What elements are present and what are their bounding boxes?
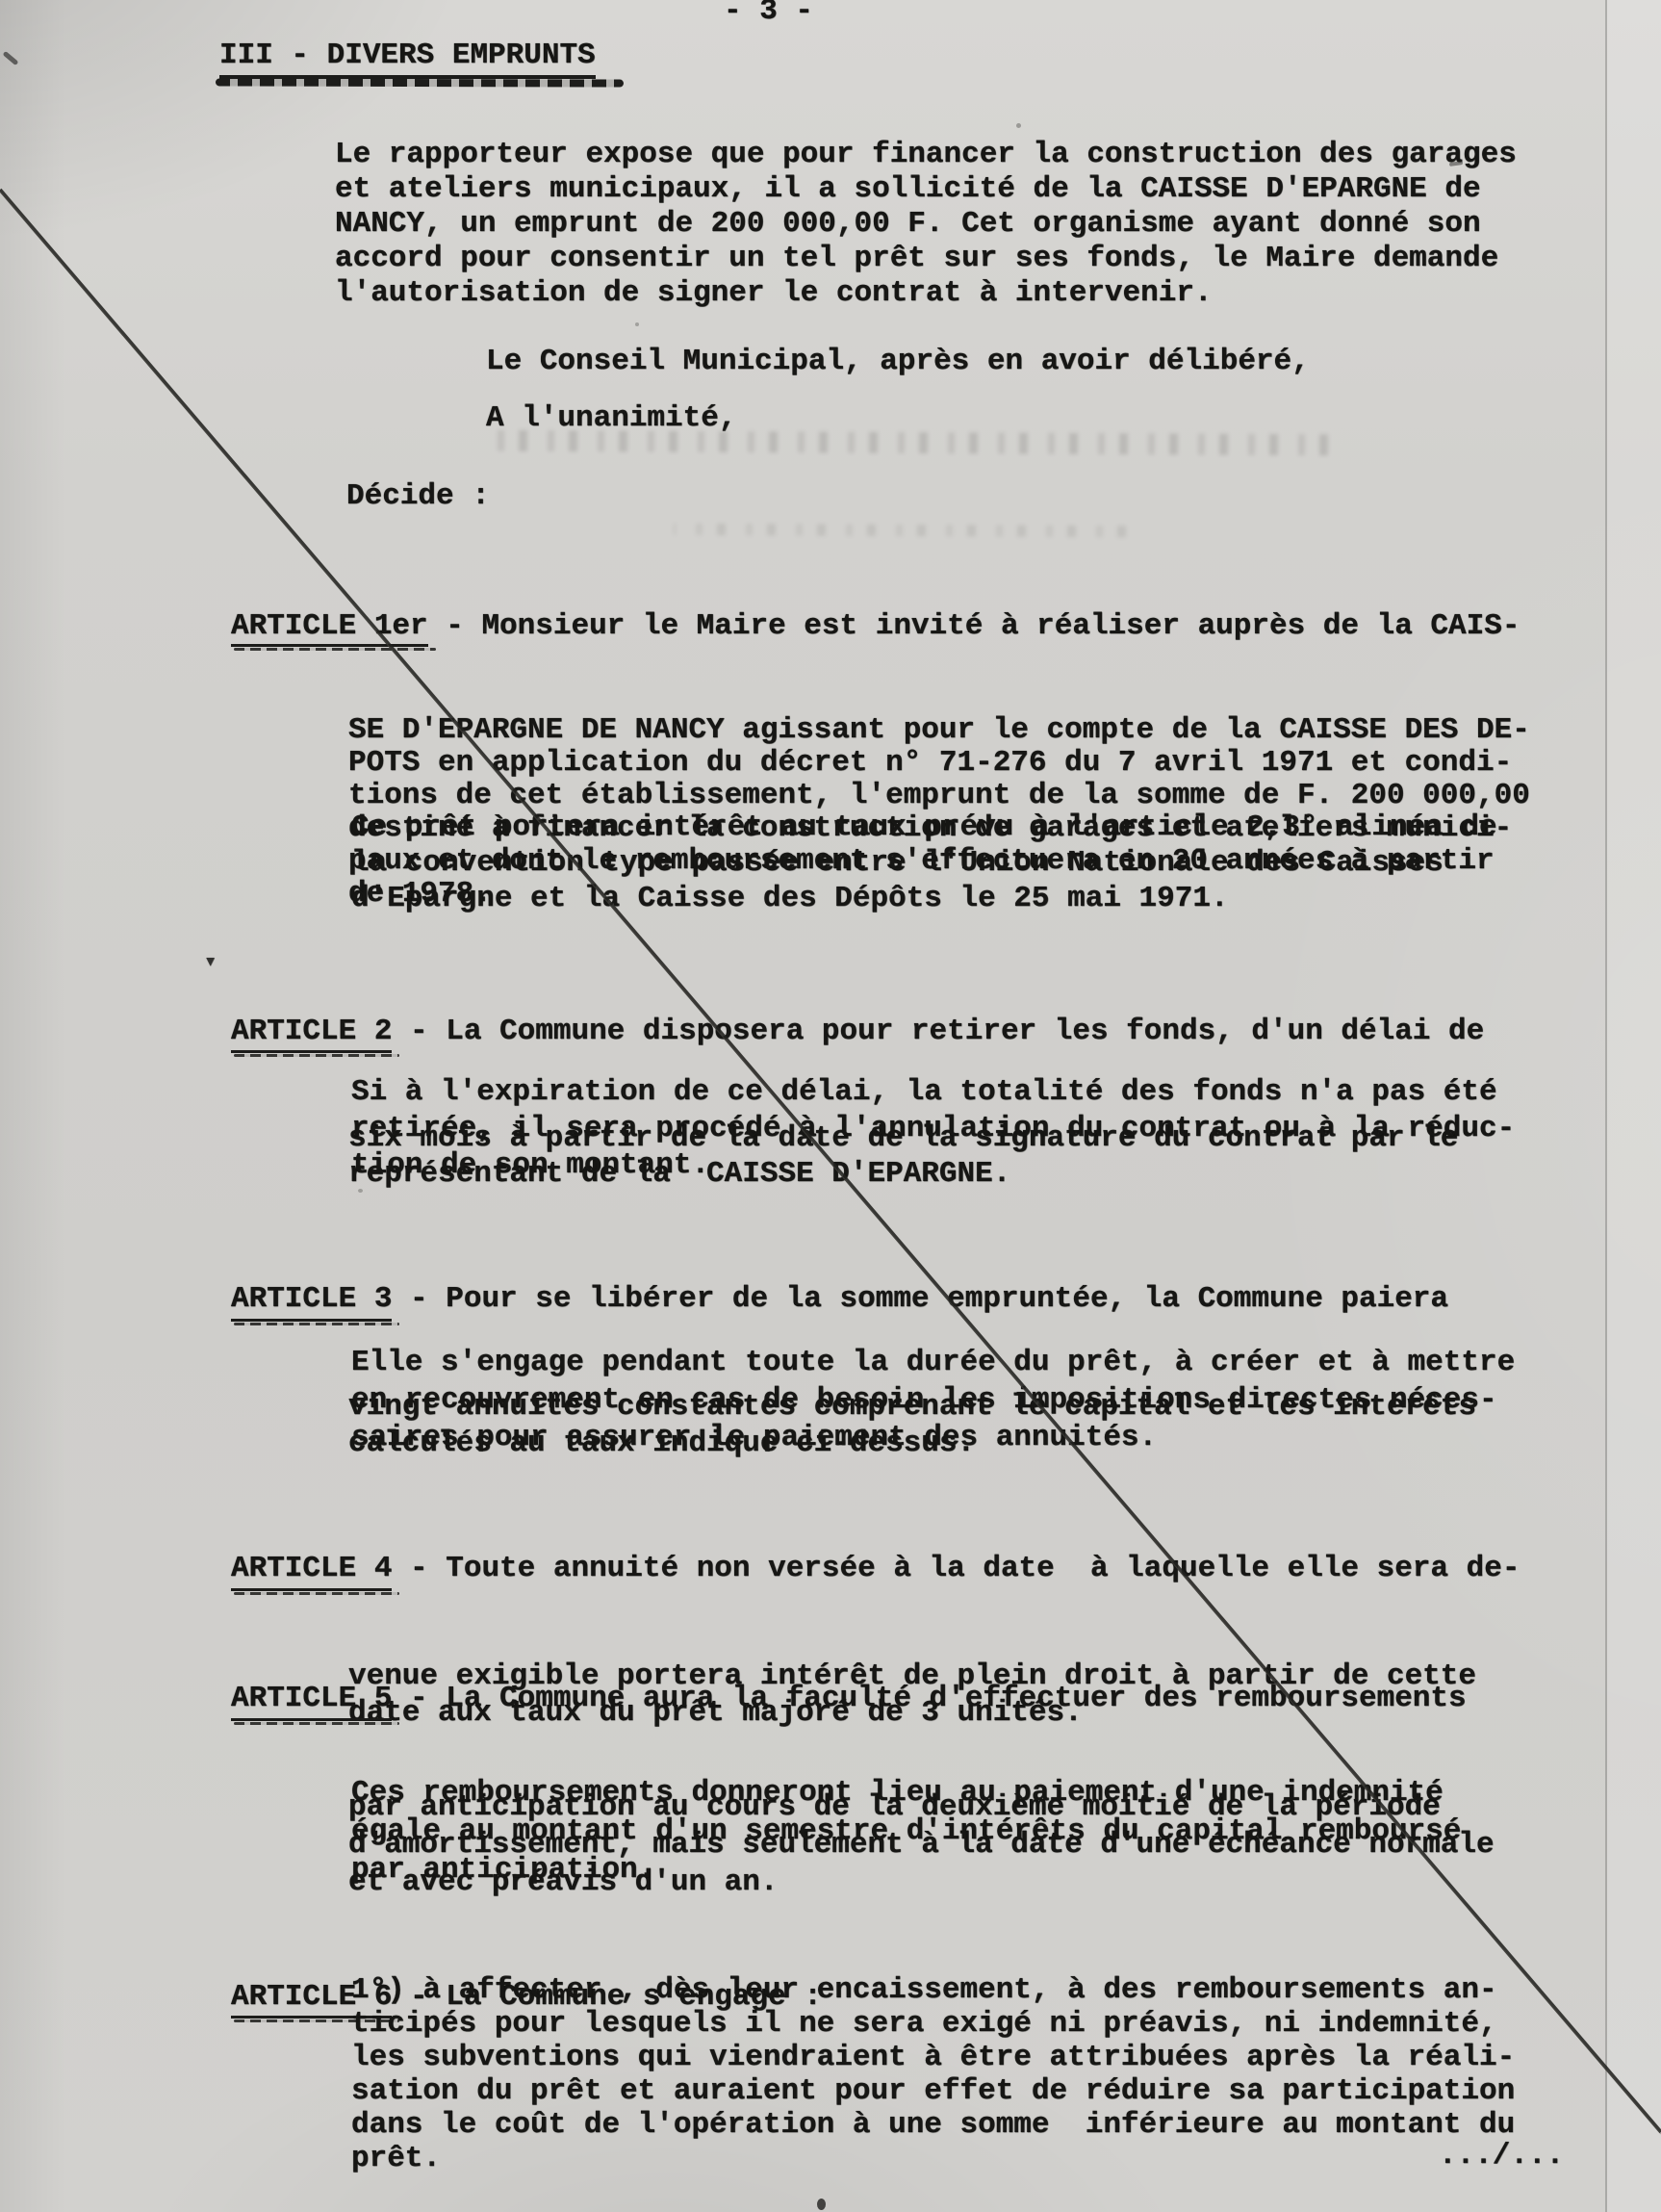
text-line: et ateliers municipaux, il a sollicité d… [335, 172, 1517, 207]
text-line: prêt. [351, 2142, 1515, 2175]
text-line: les subventions qui viendraient à être a… [351, 2041, 1515, 2074]
stray-mark: ▾ [204, 945, 217, 980]
text-line: Si à l'expiration de ce délai, la totali… [351, 1074, 1515, 1111]
article-label: ARTICLE 5 [231, 1680, 392, 1721]
paragraph-expiration: Si à l'expiration de ce délai, la totali… [351, 1074, 1515, 1184]
text-line: tion de son montant. [351, 1147, 1515, 1184]
text-line: Ce prêt portera intérêt au taux prévu à … [351, 810, 1497, 845]
text-line: Ces remboursements donneront lieu au pai… [351, 1774, 1461, 1813]
text-line: POTS en application du décret n° 71-276 … [348, 747, 1530, 780]
article-first-line: ARTICLE 5 - La Commune aura la faculté d… [231, 1680, 1495, 1721]
decide-line: Décide : [346, 479, 490, 514]
text-line: Le rapporteur expose que pour financer l… [335, 138, 1517, 172]
conseil-line: Le Conseil Municipal, après en avoir dél… [486, 345, 1310, 379]
text-line: SE D'EPARGNE DE NANCY agissant pour le c… [348, 714, 1530, 747]
text-line: accord pour consentir un tel prêt sur se… [335, 242, 1517, 276]
text-line: d'Epargne et la Caisse des Dépôts le 25 … [351, 881, 1497, 916]
text-line: NANCY, un emprunt de 200 000,00 F. Cet o… [335, 207, 1517, 242]
article-first-rest: - La Commune aura la faculté d'effectuer… [392, 1682, 1466, 1715]
article-label: ARTICLE 1er [231, 610, 428, 647]
text-line: en recouvrement en cas de besoin les imp… [351, 1381, 1515, 1419]
text-line: 1°) à affecter , dès leur encaissement, … [351, 1973, 1515, 2007]
text-line: égale au montant d'un semestre d'intérêt… [351, 1813, 1461, 1851]
ink-bleedthrough [674, 524, 1126, 537]
paper-speck [635, 322, 639, 326]
section-heading-text: III - DIVERS EMPRUNTS [219, 39, 596, 79]
heading-underline-dashes [216, 78, 624, 87]
article-label: ARTICLE 2 [231, 1014, 392, 1053]
text-line: dans le coût de l'opération à une somme … [351, 2108, 1515, 2142]
text-line: saires pour assurer le paiement des annu… [351, 1419, 1515, 1456]
paper-speck [1016, 123, 1021, 128]
text-line: par anticipation. [351, 1851, 1461, 1890]
paper-speck [358, 1189, 363, 1193]
text-line: la convention type passée entre l'Union … [351, 845, 1497, 881]
continuation-mark: .../... [1439, 2139, 1564, 2173]
text-line: l'autorisation de signer le contrat à in… [335, 276, 1517, 311]
article-first-rest: - Toute annuité non versée à la date à l… [392, 1552, 1520, 1585]
article-label: ARTICLE 3 [231, 1281, 392, 1322]
paragraph-indemnite: Ces remboursements donneront lieu au pai… [351, 1774, 1461, 1890]
paragraph-engagement: Elle s'engage pendant toute la durée du … [351, 1344, 1515, 1456]
article-first-line: ARTICLE 3 - Pour se libérer de la somme … [231, 1281, 1476, 1322]
article-first-line: ARTICLE 2 - La Commune disposera pour re… [231, 1014, 1484, 1053]
text-line: retirée, il sera procédé à l'annulation … [351, 1111, 1515, 1147]
paper-edge-line [1605, 0, 1607, 2212]
paper-edge-strip [1607, 0, 1661, 2212]
article-first-rest: - Monsieur le Maire est invité à réalise… [428, 609, 1520, 643]
paper-speck [2, 51, 18, 65]
paper-speck [817, 2199, 826, 2210]
paragraph-pret-interet: Ce prêt portera intérêt au taux prévu à … [351, 810, 1497, 916]
article-label: ARTICLE 4 [231, 1551, 392, 1591]
text-line: Elle s'engage pendant toute la durée du … [351, 1344, 1515, 1381]
paragraph-point-1: 1°) à affecter , dès leur encaissement, … [351, 1973, 1515, 2175]
intro-paragraph: Le rapporteur expose que pour financer l… [335, 138, 1517, 311]
text-line: sation du prêt et auraient pour effet de… [351, 2074, 1515, 2108]
section-heading: III - DIVERS EMPRUNTS [219, 39, 596, 73]
text-line: tions de cet établissement, l'emprunt de… [348, 780, 1530, 812]
ink-bleedthrough [496, 430, 1328, 456]
scanned-document-page: - 3 - III - DIVERS EMPRUNTS Le rapporteu… [0, 0, 1661, 2212]
article-first-line: ARTICLE 1er - Monsieur le Maire est invi… [231, 610, 1530, 647]
text-line: ticipés pour lesquels il ne sera exigé n… [351, 2007, 1515, 2041]
article-first-rest: - Pour se libérer de la somme empruntée,… [392, 1282, 1448, 1316]
article-first-line: ARTICLE 4 - Toute annuité non versée à l… [231, 1551, 1520, 1591]
article-first-rest: - La Commune disposera pour retirer les … [392, 1015, 1484, 1048]
page-number: - 3 - [724, 0, 813, 29]
